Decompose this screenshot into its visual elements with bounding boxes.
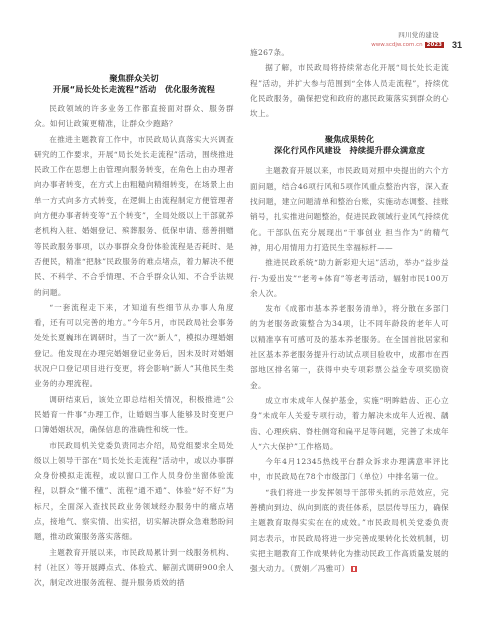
journal-name: 四川党的建设 [398,30,439,39]
paragraph: 市民政局机关党委负责同志介绍，局党组要求全局处级以上领导干部在“局长处长走流程”… [34,438,234,545]
paragraph: 推进民政系统“助力新彩迎大运”活动，举办“益步益行·为爱出发”“老考+体育”等老… [250,255,449,301]
paragraph: 在推进主题教育工作中，市民政局认真落实大兴调查研究的工作要求，开展“局长处长走流… [34,132,234,300]
section-heading-line2: 深化行风作风建设 持续提升群众满意度 [250,145,449,156]
paragraph: 据了解，市民政局将持续常态化开展“局长处长走流程”活动，并扩大参与范围到“全体人… [250,60,449,121]
paragraph: 主题教育开展以来，市民政局累计到一线服务机构、村（社区）等开展蹲点式、体验式、解… [34,545,234,591]
paragraph: 今年4月12345热线平台群众诉求办理满意率评比中，市民政局在78个市级部门（单… [250,454,449,485]
end-of-article-icon [351,566,357,572]
section-heading-line2: 开展“局长处长走流程”活动 优化服务流程 [34,84,234,95]
paragraph: “一套流程走下来，才知道有些细节从办事人角度看，还有可以完善的地方。”今年5月，… [34,300,234,392]
paragraph-continued: 施267条。 [250,45,449,60]
final-paragraph-text: “我们将进一步发挥领导干部带头抓的示范效应，完善横向到边、纵向到底的责任体系，层… [250,488,449,573]
section-heading-line1: 聚焦群众关切 [34,73,234,84]
paragraph-final: “我们将进一步发挥领导干部带头抓的示范效应，完善横向到边、纵向到底的责任体系，层… [250,485,449,577]
section-heading-right: 聚焦成果转化 深化行风作风建设 持续提升群众满意度 [250,134,449,156]
paragraph: 成立市未成年人保护基金，实施“明眸皓齿、正心立身”未成年人关爱专项行动，着力解决… [250,393,449,454]
section-heading-line1: 聚焦成果转化 [250,134,449,145]
paragraph: 主题教育开展以来，市民政局对照中央提出的六个方面问题，结合46项行风和5项作风重… [250,163,449,255]
left-column: 聚焦群众关切 开展“局长处长走流程”活动 优化服务流程 民政领域的许多业务工作都… [34,73,234,591]
paragraph: 调研结束后，该处立即总结相关情况，积极推进“公民婚育一件事”办理工作，让婚姻当事… [34,392,234,438]
page-number: 31 [452,40,462,50]
paragraph: 发布《成都市基本养老服务清单》，将分散在多部门的为老服务政策整合为34项，让不同… [250,301,449,393]
section-heading-left: 聚焦群众关切 开展“局长处长走流程”活动 优化服务流程 [34,73,234,95]
paragraph: 民政领域的许多业务工作都直接面对群众、服务群众。如何让政策更精准，让群众少跑路？ [34,101,234,132]
right-column: 施267条。 据了解，市民政局将持续常态化开展“局长处长走流程”活动，并扩大参与… [250,45,449,577]
